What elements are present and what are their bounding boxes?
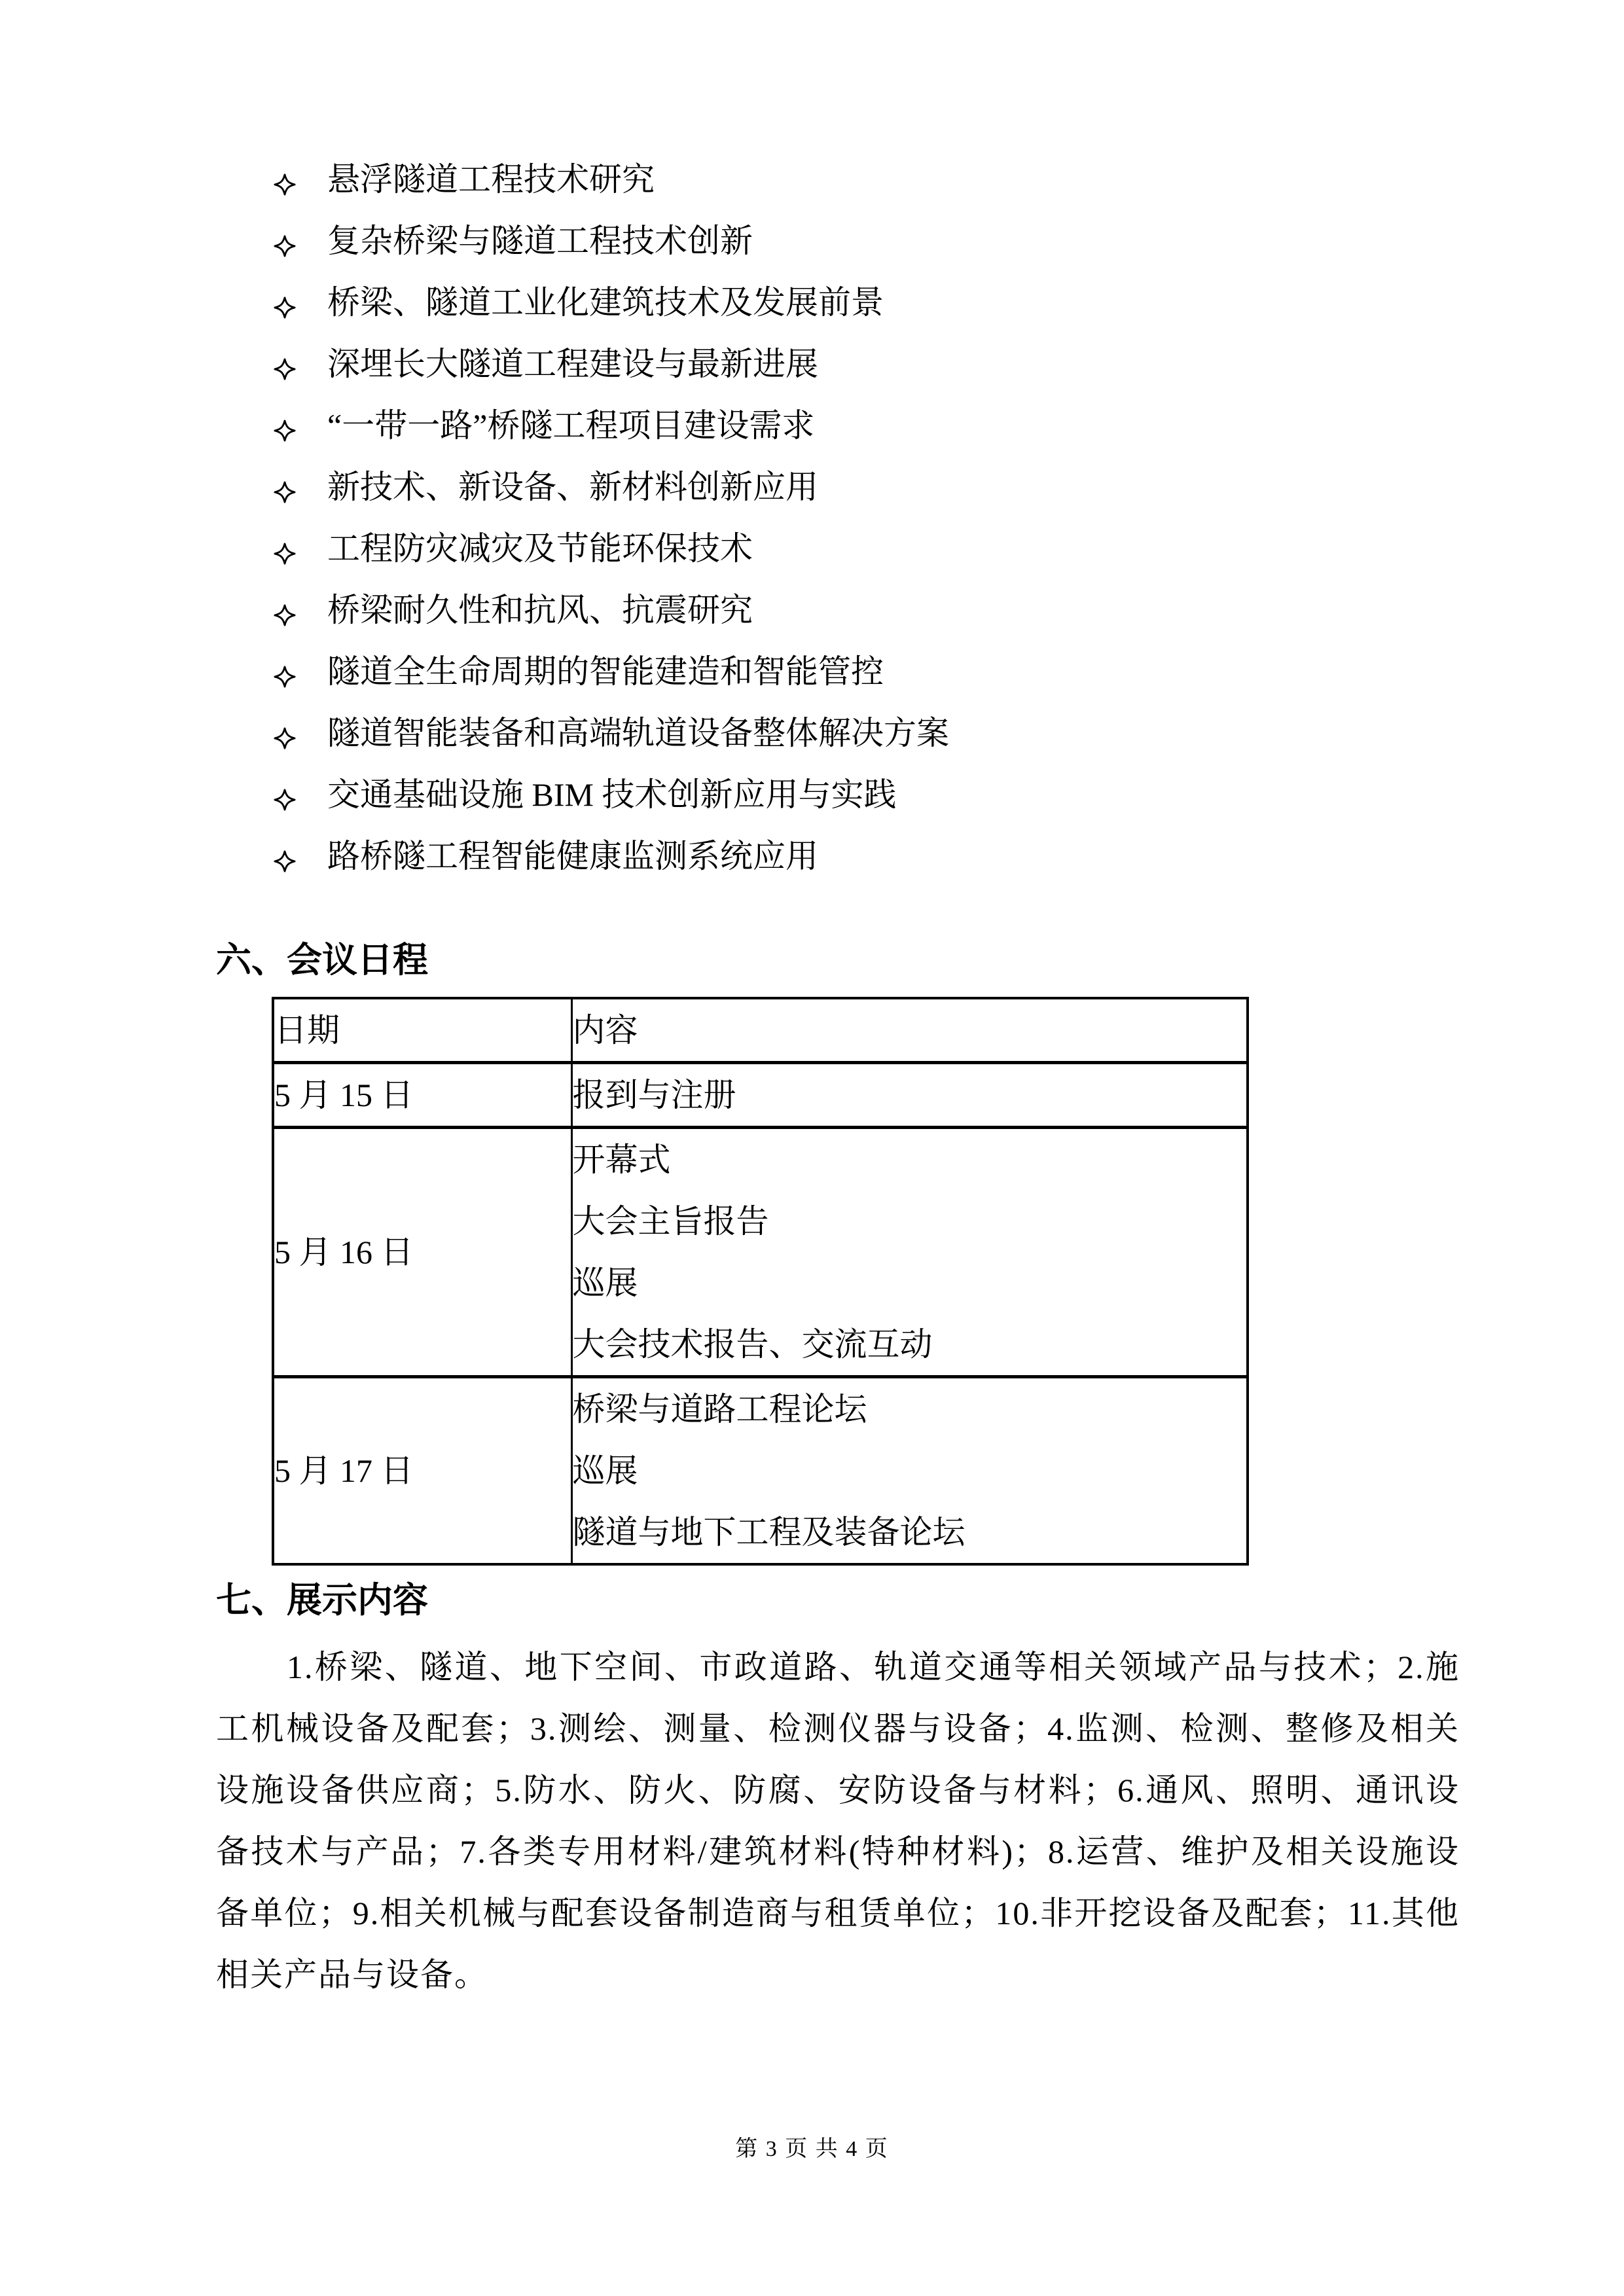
content-cell: 开幕式大会主旨报告巡展大会技术报告、交流互动 [571, 1128, 1248, 1377]
topic-label: 交通基础设施 BIM 技术创新应用与实践 [327, 768, 896, 816]
table-row: 5 月 17 日桥梁与道路工程论坛巡展隧道与地下工程及装备论坛 [273, 1377, 1248, 1565]
four-pointed-star-icon [274, 289, 296, 311]
list-item: 隧道全生命周期的智能建造和智能管控 [216, 638, 1460, 700]
exhibition-section-heading: 七、展示内容 [216, 1581, 428, 1620]
document-page: 悬浮隧道工程技术研究 复杂桥梁与隧道工程技术创新 桥梁、隧道工业化建筑技术及发展… [0, 0, 1624, 2296]
list-item: 工程防灾减灾及节能环保技术 [216, 515, 1460, 577]
table-header-row: 日期 内容 [273, 998, 1248, 1063]
schedule-item: 大会技术报告、交流互动 [573, 1314, 1247, 1375]
date-cell: 5 月 15 日 [273, 1063, 571, 1128]
content-cell: 报到与注册 [571, 1063, 1248, 1128]
list-item: 悬浮隧道工程技术研究 [216, 146, 1460, 207]
schedule-item: 报到与注册 [573, 1064, 1247, 1126]
list-item: 桥梁耐久性和抗风、抗震研究 [216, 577, 1460, 638]
topic-label: 工程防灾减灾及节能环保技术 [327, 522, 753, 569]
column-header-content: 内容 [571, 998, 1248, 1063]
four-pointed-star-icon [274, 658, 296, 680]
list-item: 复杂桥梁与隧道工程技术创新 [216, 207, 1460, 269]
schedule-item: 巡展 [573, 1252, 1247, 1314]
topic-label: 悬浮隧道工程技术研究 [327, 153, 655, 200]
four-pointed-star-icon [274, 535, 296, 557]
four-pointed-star-icon [274, 473, 296, 495]
exhibition-paragraph: 1.桥梁、隧道、地下空间、市政道路、轨道交通等相关领域产品与技术；2.施工机械设… [216, 1636, 1460, 2005]
four-pointed-star-icon [274, 781, 296, 803]
date-cell: 5 月 17 日 [273, 1377, 571, 1565]
four-pointed-star-icon [274, 166, 296, 188]
list-item: 交通基础设施 BIM 技术创新应用与实践 [216, 761, 1460, 823]
topic-label: 复杂桥梁与隧道工程技术创新 [327, 215, 753, 262]
topic-list: 悬浮隧道工程技术研究 复杂桥梁与隧道工程技术创新 桥梁、隧道工业化建筑技术及发展… [216, 146, 1460, 884]
schedule-section-heading: 六、会议日程 [216, 941, 428, 980]
topic-label: 隧道智能装备和高端轨道设备整体解决方案 [327, 707, 949, 754]
column-header-date: 日期 [273, 998, 571, 1063]
four-pointed-star-icon [274, 719, 296, 742]
schedule-item: 桥梁与道路工程论坛 [573, 1378, 1247, 1440]
four-pointed-star-icon [274, 227, 296, 249]
list-item: 新技术、新设备、新材料创新应用 [216, 454, 1460, 515]
topic-label: 桥梁、隧道工业化建筑技术及发展前景 [327, 276, 884, 323]
schedule-table: 日期 内容 5 月 15 日报到与注册5 月 16 日开幕式大会主旨报告巡展大会… [272, 997, 1249, 1566]
list-item: 路桥隧工程智能健康监测系统应用 [216, 823, 1460, 884]
list-item: 桥梁、隧道工业化建筑技术及发展前景 [216, 269, 1460, 331]
four-pointed-star-icon [274, 350, 296, 372]
table-row: 5 月 15 日报到与注册 [273, 1063, 1248, 1128]
schedule-item: 巡展 [573, 1440, 1247, 1501]
list-item: “一带一路”桥隧工程项目建设需求 [216, 392, 1460, 454]
topic-label: 深埋长大隧道工程建设与最新进展 [327, 338, 818, 385]
table-row: 5 月 16 日开幕式大会主旨报告巡展大会技术报告、交流互动 [273, 1128, 1248, 1377]
schedule-item: 隧道与地下工程及装备论坛 [573, 1501, 1247, 1563]
topic-label: 路桥隧工程智能健康监测系统应用 [327, 830, 818, 877]
topic-label: 新技术、新设备、新材料创新应用 [327, 461, 818, 508]
topic-label: 桥梁耐久性和抗风、抗震研究 [327, 584, 753, 631]
topic-label: “一带一路”桥隧工程项目建设需求 [327, 399, 814, 446]
list-item: 深埋长大隧道工程建设与最新进展 [216, 331, 1460, 392]
date-cell: 5 月 16 日 [273, 1128, 571, 1377]
content-cell: 桥梁与道路工程论坛巡展隧道与地下工程及装备论坛 [571, 1377, 1248, 1565]
topic-label: 隧道全生命周期的智能建造和智能管控 [327, 645, 884, 692]
four-pointed-star-icon [274, 412, 296, 434]
list-item: 隧道智能装备和高端轨道设备整体解决方案 [216, 700, 1460, 761]
schedule-item: 开幕式 [573, 1129, 1247, 1191]
four-pointed-star-icon [274, 596, 296, 619]
four-pointed-star-icon [274, 842, 296, 865]
page-number-footer: 第 3 页 共 4 页 [0, 2130, 1624, 2162]
schedule-item: 大会主旨报告 [573, 1191, 1247, 1252]
